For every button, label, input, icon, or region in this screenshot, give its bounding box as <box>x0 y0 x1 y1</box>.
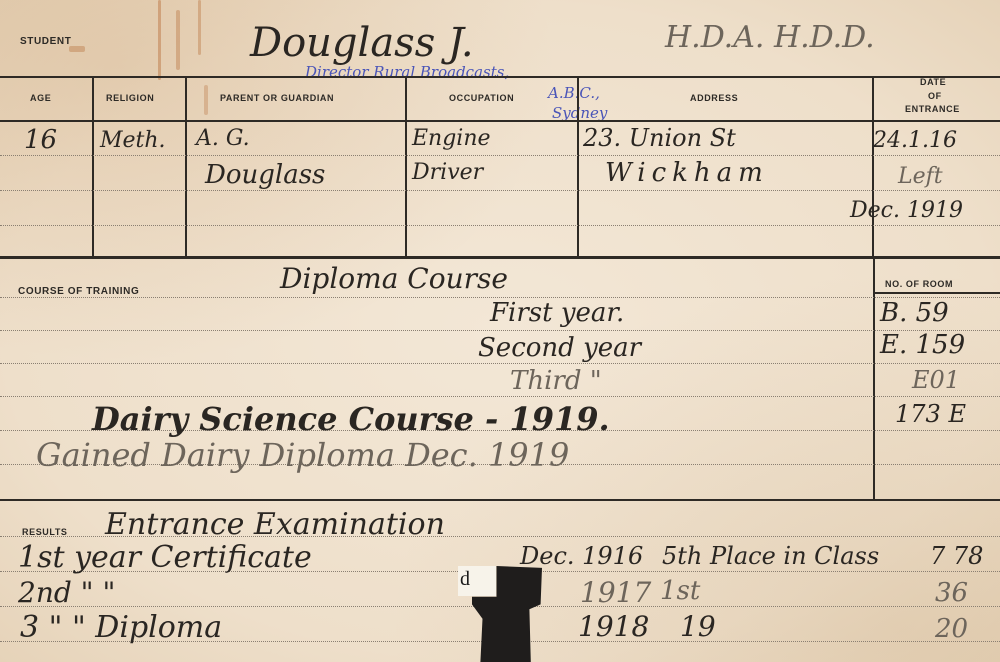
course-line-2: First year. <box>490 298 624 328</box>
course-line-6: Gained Dairy Diploma Dec. 1919 <box>36 436 569 474</box>
course-label: COURSE OF TRAINING <box>18 286 139 297</box>
annotation-abc: A.B.C., <box>548 84 600 102</box>
result-3-of: 20 <box>935 614 968 644</box>
table-header-rule <box>0 120 1000 122</box>
course-line-4: Third " <box>510 366 602 396</box>
header-religion: RELIGION <box>106 93 154 103</box>
ruled-line <box>0 190 1000 191</box>
col-divider <box>872 76 874 256</box>
rust-stain <box>158 0 161 80</box>
ruled-line <box>0 396 1000 397</box>
student-name: Douglass J. <box>250 20 474 66</box>
entry-occupation-2: Driver <box>412 160 483 185</box>
ruled-line <box>0 536 1000 537</box>
room-label: No. OF ROOM <box>885 279 953 289</box>
result-2-of: 36 <box>935 578 968 608</box>
ruled-line <box>0 363 1000 364</box>
course-line-3: Second year <box>478 333 641 363</box>
result-1-of: 7 78 <box>930 542 983 570</box>
student-label: STUDENT <box>20 36 71 47</box>
course-line-1: Diploma Course <box>280 262 508 295</box>
annotation-director: Director Rural Broadcasts, <box>305 63 509 81</box>
rust-stain <box>198 0 201 55</box>
entry-left-date: Dec. 1919 <box>850 198 963 223</box>
table-bottom-rule <box>0 256 1000 259</box>
entry-occupation-1: Engine <box>412 126 491 151</box>
result-1-item: 1st year Certificate <box>18 540 312 575</box>
header-date-entrance: ENTRANCE <box>905 104 960 114</box>
result-2-place: 1st <box>660 576 700 606</box>
room-1: B. 59 <box>880 298 949 328</box>
ruled-line <box>0 155 1000 156</box>
room-column-divider <box>873 259 875 499</box>
ruled-line <box>0 330 1000 331</box>
result-3-item: 3 " " Diploma <box>20 610 222 645</box>
col-divider <box>405 76 407 256</box>
col-divider <box>92 76 94 256</box>
header-date-of: OF <box>928 91 942 101</box>
header-occupation: OCCUPATION <box>449 93 514 103</box>
entry-date: 24.1.16 <box>873 128 957 153</box>
entry-address-1: 23. Union St <box>583 124 736 152</box>
entry-parent-surname: Douglass <box>205 160 325 190</box>
result-2-date: 1917 <box>580 576 651 609</box>
result-1-place: 5th Place in Class <box>662 542 879 570</box>
rust-stain <box>204 85 208 115</box>
room-3: E01 <box>912 366 960 394</box>
table-top-rule <box>0 76 1000 78</box>
result-2-item: 2nd " " <box>18 576 115 609</box>
rust-stain <box>176 10 180 70</box>
header-age: AGE <box>30 93 51 103</box>
result-3-place: 19 <box>680 610 716 643</box>
result-3-date: 1918 <box>578 610 649 643</box>
paper-scrap: d <box>458 566 496 596</box>
entry-left: Left <box>898 164 943 189</box>
room-header-rule <box>873 292 1000 294</box>
entry-religion: Meth. <box>100 128 166 153</box>
header-parent: PARENT OR GUARDIAN <box>220 93 334 103</box>
entry-age: 16 <box>24 125 57 155</box>
col-divider <box>185 76 187 256</box>
student-qualifications: H.D.A. H.D.D. <box>665 20 875 55</box>
room-2: E. 159 <box>880 330 965 360</box>
col-divider <box>577 76 579 256</box>
course-line-5: Dairy Science Course - 1919. <box>92 400 610 438</box>
entry-address-2: Wickham <box>605 158 769 188</box>
course-bottom-rule <box>0 499 1000 501</box>
taped-fragment: d <box>458 566 548 662</box>
room-4: 173 E <box>895 400 966 428</box>
record-card: STUDENT Douglass J. H.D.A. H.D.D. Direct… <box>0 0 1000 662</box>
header-address: ADDRESS <box>690 93 738 103</box>
header-date: DATE <box>920 77 946 87</box>
entry-parent-initials: A. G. <box>196 126 250 151</box>
ruled-line <box>0 225 1000 226</box>
